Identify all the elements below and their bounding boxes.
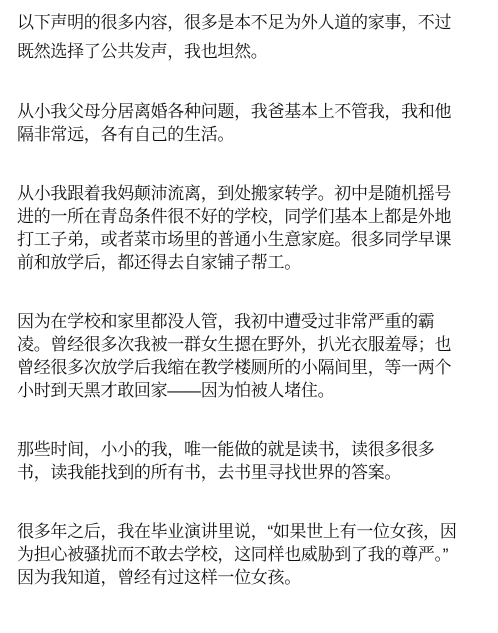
paragraph-6: 很多年之后，我在毕业演讲里说，“如果世上有一位女孩，因 为担心被骚扰而不敢去学校…: [17, 520, 470, 589]
paragraph-2: 从小我父母分居离婚各种问题，我爸基本上不管我，我和他 隔非常远，各有自己的生活。: [17, 100, 470, 146]
paragraph-1: 以下声明的很多内容，很多是本不足为外人道的家事，不过 既然选择了公共发声，我也坦…: [17, 8, 470, 66]
paragraph-3: 从小我跟着我妈颠沛流离，到处搬家转学。初中是随机摇号 进的一所在青岛条件很不好的…: [17, 182, 470, 274]
paragraph-5: 那些时间，小小的我，唯一能做的就是读书，读很多很多 书，读我能找到的所有书，去书…: [17, 438, 470, 484]
document-page: 以下声明的很多内容，很多是本不足为外人道的家事，不过 既然选择了公共发声，我也坦…: [0, 0, 498, 633]
paragraph-4: 因为在学校和家里都没人管，我初中遭受过非常严重的霸 凌。曾经很多次我被一群女生摁…: [17, 310, 470, 402]
